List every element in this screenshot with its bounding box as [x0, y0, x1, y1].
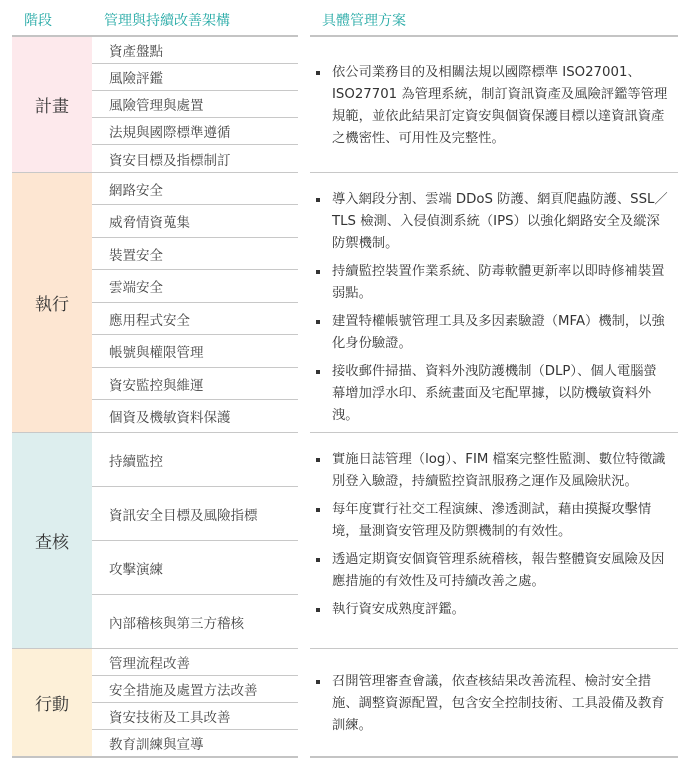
framework-item: 網路安全: [92, 173, 298, 205]
framework-item: 持續監控: [92, 433, 298, 487]
plan-bullet: 實施日誌管理（log）、FIM 檔案完整性監測、數位特徵識別登入驗證，持續監控資…: [310, 449, 678, 493]
framework-item: 雲端安全: [92, 270, 298, 303]
framework-item: 個資及機敏資料保護: [92, 400, 298, 432]
plan-bullet: 每年度實行社交工程演練、滲透測試，藉由摸擬攻擊情境，量測資安管理及防禦機制的有效…: [310, 499, 678, 543]
framework-item: 應用程式安全: [92, 303, 298, 335]
framework-item: 法規與國際標準遵循: [92, 118, 298, 145]
framework-item: 內部稽核與第三方稽核: [92, 595, 298, 648]
stage-label-do: 執行: [12, 173, 92, 432]
divider: [310, 172, 678, 173]
plan-bullet: 召開管理審查會議，依查核結果改善流程、檢討安全措施、調整資源配置，包含安全控制技…: [310, 671, 678, 737]
framework-item: 威脅情資蒐集: [92, 205, 298, 238]
header-framework: 管理與持續改善架構: [104, 10, 230, 30]
plan-bullet: 持續監控裝置作業系統、防毒軟體更新率以即時修補裝置弱點。: [310, 261, 678, 305]
framework-list-plan: 資產盤點 風險評鑑 風險管理與處置 法規與國際標準遵循 資安目標及指標制訂: [92, 37, 298, 172]
plan-bullet: 建置特權帳號管理工具及多因素驗證（MFA）機制，以強化身份驗證。: [310, 311, 678, 355]
bottom-divider-left: [12, 756, 298, 758]
plan-box-plan: 依公司業務目的及相關法規以國際標準 ISO27001、ISO27701 為管理系…: [310, 62, 678, 156]
framework-item: 資訊安全目標及風險指標: [92, 487, 298, 541]
plan-box-act: 召開管理審查會議，依查核結果改善流程、檢討安全措施、調整資源配置，包含安全控制技…: [310, 671, 678, 743]
framework-item: 風險評鑑: [92, 64, 298, 91]
header-plan: 具體管理方案: [322, 10, 406, 30]
stage-label-plan: 計畫: [12, 37, 92, 172]
stage-label-act: 行動: [12, 649, 92, 756]
framework-item: 教育訓練與宣導: [92, 730, 298, 756]
framework-item: 管理流程改善: [92, 649, 298, 676]
framework-item: 安全措施及處置方法改善: [92, 676, 298, 703]
framework-item: 裝置安全: [92, 238, 298, 270]
plan-bullet: 透過定期資安個資管理系統稽核，報告整體資安風險及因應措施的有效性及可持續改善之處…: [310, 549, 678, 593]
framework-item: 資安目標及指標制訂: [92, 145, 298, 172]
plan-bullet: 導入網段分割、雲端 DDoS 防護、網頁爬蟲防護、SSL／TLS 檢測、入侵偵測…: [310, 189, 678, 255]
header-divider-right: [310, 35, 678, 37]
framework-item: 資產盤點: [92, 37, 298, 64]
plan-bullet: 依公司業務目的及相關法規以國際標準 ISO27001、ISO27701 為管理系…: [310, 62, 678, 150]
plan-box-do: 導入網段分割、雲端 DDoS 防護、網頁爬蟲防護、SSL／TLS 檢測、入侵偵測…: [310, 189, 678, 433]
plan-bullet: 接收郵件掃描、資料外洩防護機制（DLP）、個人電腦螢幕增加浮水印、系統畫面及宅配…: [310, 361, 678, 427]
plan-box-check: 實施日誌管理（log）、FIM 檔案完整性監測、數位特徵識別登入驗證，持續監控資…: [310, 449, 678, 627]
header-stage: 階段: [24, 10, 52, 30]
plan-bullet: 執行資安成熟度評鑑。: [310, 599, 678, 621]
stage-label-check: 查核: [12, 433, 92, 648]
framework-list-act: 管理流程改善 安全措施及處置方法改善 資安技術及工具改善 教育訓練與宣導: [92, 649, 298, 756]
framework-item: 資安技術及工具改善: [92, 703, 298, 730]
divider: [310, 648, 678, 649]
framework-item: 資安監控與維運: [92, 368, 298, 400]
framework-list-check: 持續監控 資訊安全目標及風險指標 攻擊演練 內部稽核與第三方稽核: [92, 433, 298, 648]
bottom-divider-right: [310, 756, 678, 758]
framework-item: 帳號與權限管理: [92, 335, 298, 368]
divider: [310, 432, 678, 433]
framework-item: 攻擊演練: [92, 541, 298, 595]
framework-list-do: 網路安全 威脅情資蒐集 裝置安全 雲端安全 應用程式安全 帳號與權限管理 資安監…: [92, 173, 298, 432]
framework-item: 風險管理與處置: [92, 91, 298, 118]
